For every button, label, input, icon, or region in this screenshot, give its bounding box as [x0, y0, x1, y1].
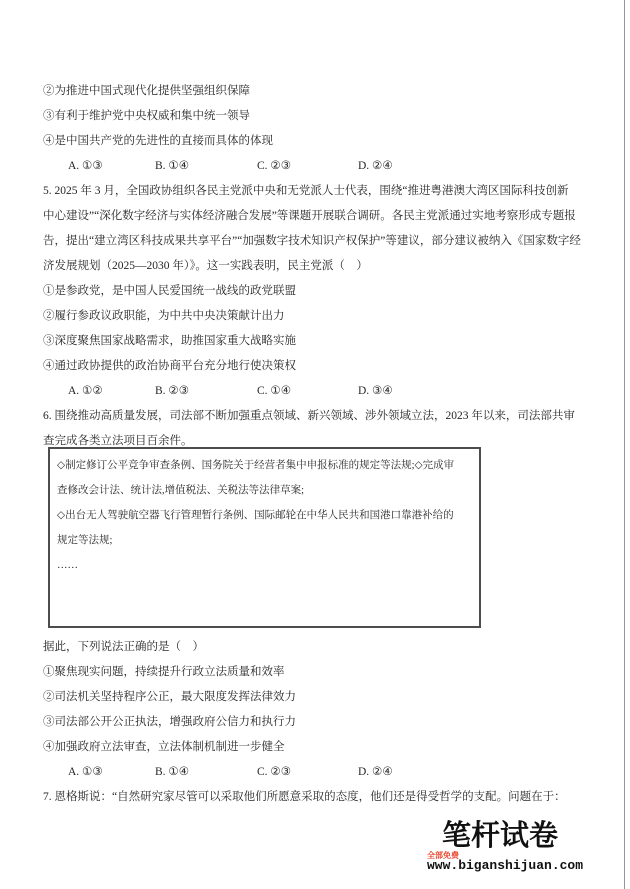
q4-choice-c: C. ②③: [257, 154, 358, 179]
q6-statement-1: ①聚焦现实问题，持续提升行政立法质量和效率: [43, 660, 608, 685]
q6-statement-3: ③司法部公开公正执法，增强政府公信力和执行力: [43, 710, 608, 735]
q5-choices-row: A. ①②B. ②③C. ①④D. ③④: [43, 379, 608, 404]
q6-box-line-4: 规定等法规;: [57, 528, 473, 553]
q4-statement-2: ②为推进中国式现代化提供坚强组织保障: [43, 79, 608, 104]
q6-statement-4: ④加强政府立法审查，立法体制机制进一步健全: [43, 735, 608, 760]
q6-statement-2: ②司法机关坚持程序公正，最大限度发挥法律效力: [43, 685, 608, 710]
q4-choice-a: A. ①③: [68, 154, 155, 179]
q4-statement-4: ④是中国共产党的先进性的直接而具体的体现: [43, 129, 608, 154]
q6-material-box: ◇制定修订公平竞争审查条例、国务院关于经营者集中申报标准的规定等法规;◇完成审 …: [48, 447, 481, 628]
q5-statement-1: ①是参政党，是中国人民爱国统一战线的政党联盟: [43, 279, 608, 304]
q5-statement-4: ④通过政协提供的政治协商平台充分地行使决策权: [43, 354, 608, 379]
q6-box-line-1: ◇制定修订公平竞争审查条例、国务院关于经营者集中申报标准的规定等法规;◇完成审: [57, 453, 473, 478]
watermark-brand: 笔杆试卷: [442, 820, 558, 853]
q6-followup: 据此，下列说法正确的是（ ）: [43, 635, 608, 660]
q6-choice-c: C. ②③: [257, 760, 358, 785]
q5-statement-2: ②履行参政议政职能，为中共中央决策献计出力: [43, 304, 608, 329]
q6-choices-row: A. ①③B. ①④C. ②③D. ②④: [43, 760, 608, 785]
q5-choice-d: D. ③④: [358, 379, 393, 404]
page-right-border: [624, 0, 625, 889]
q6-choice-b: B. ①④: [155, 760, 257, 785]
q6-stem-line-1: 6. 围绕推动高质量发展，司法部不断加强重点领域、新兴领域、涉外领域立法，202…: [43, 404, 608, 429]
q4-choices-row: A. ①③B. ①④C. ②③D. ②④: [43, 154, 608, 179]
q6-choice-a: A. ①③: [68, 760, 155, 785]
q5-stem-line-1: 5. 2025 年 3 月，全国政协组织各民主党派中央和无党派人士代表，围绕“推…: [43, 179, 608, 204]
q5-choice-c: C. ①④: [257, 379, 358, 404]
q6-box-line-2: 查修改会计法、统计法,增值税法、关税法等法律草案;: [57, 478, 473, 503]
exam-content: ②为推进中国式现代化提供坚强组织保障 ③有利于维护党中央权威和集中统一领导 ④是…: [43, 79, 608, 810]
q4-choice-d: D. ②④: [358, 154, 393, 179]
q6-choice-d: D. ②④: [358, 760, 393, 785]
q5-statement-3: ③深度聚焦国家战略需求，助推国家重大战略实施: [43, 329, 608, 354]
q5-choice-a: A. ①②: [68, 379, 155, 404]
q5-choice-b: B. ②③: [155, 379, 257, 404]
q4-choice-b: B. ①④: [155, 154, 257, 179]
q5-stem-line-2: 中心建设”“深化数字经济与实体经济融合发展”等课题开展联合调研。各民主党派通过实…: [43, 204, 608, 229]
q5-stem-line-3: 告，提出“建立湾区科技成果共享平台”“加强数字技术知识产权保护”等建议，部分建议…: [43, 229, 608, 254]
q6-box-line-5: ……: [57, 553, 473, 578]
q4-statement-3: ③有利于维护党中央权威和集中统一领导: [43, 104, 608, 129]
q5-stem-line-4: 济发展规划（2025—2030 年）》。这一实践表明，民主党派（ ）: [43, 254, 608, 279]
q6-box-line-3: ◇出台无人驾驶航空器飞行管理暂行条例、国际邮轮在中华人民共和国港口靠港补给的: [57, 503, 473, 528]
q7-stem-line-1: 7. 恩格斯说：“自然研究家尽管可以采取他们所愿意采取的态度，他们还是得受哲学的…: [43, 785, 608, 810]
watermark-url: www.biganshijuan.com: [427, 858, 583, 875]
